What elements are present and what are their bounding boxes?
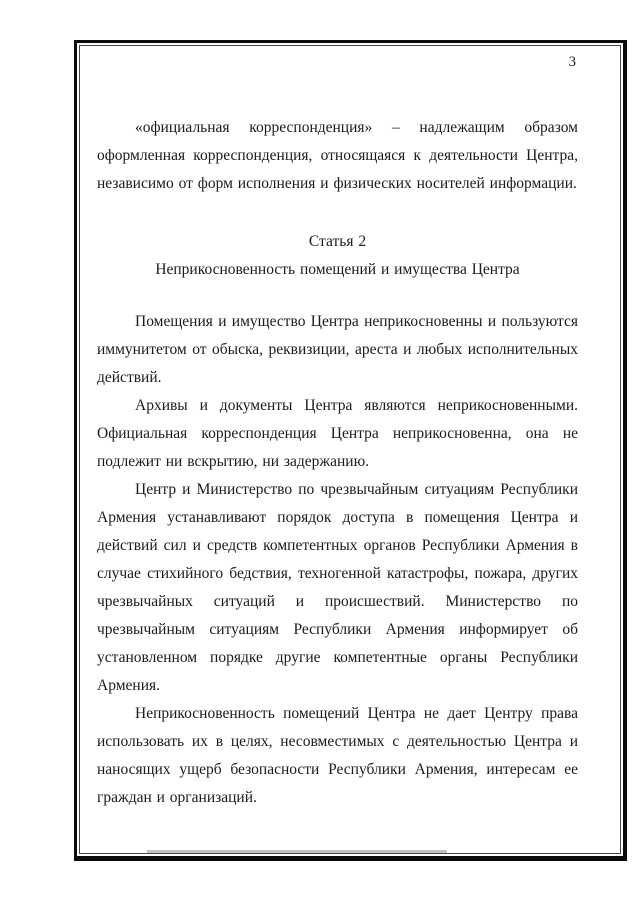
article-paragraph-1: Помещения и имущество Центра неприкоснов… [97,308,578,392]
article-heading: Статья 2 [97,228,578,256]
scan-artifact [147,850,447,853]
definition-paragraph: «официальная корреспонденция» – надлежащ… [97,114,578,198]
article-paragraph-4: Неприкосновенность помещений Центра не д… [97,700,578,812]
article-paragraph-2: Архивы и документы Центра являются непри… [97,392,578,476]
article-paragraph-3: Центр и Министерство по чрезвычайным сит… [97,476,578,700]
article-title: Неприкосновенность помещений и имущества… [97,256,578,284]
document-content: 3 «официальная корреспонденция» – надлеж… [97,40,578,812]
scanned-document-page: { "page": { "number": "3" }, "document":… [0,0,640,905]
page-number: 3 [97,52,578,72]
